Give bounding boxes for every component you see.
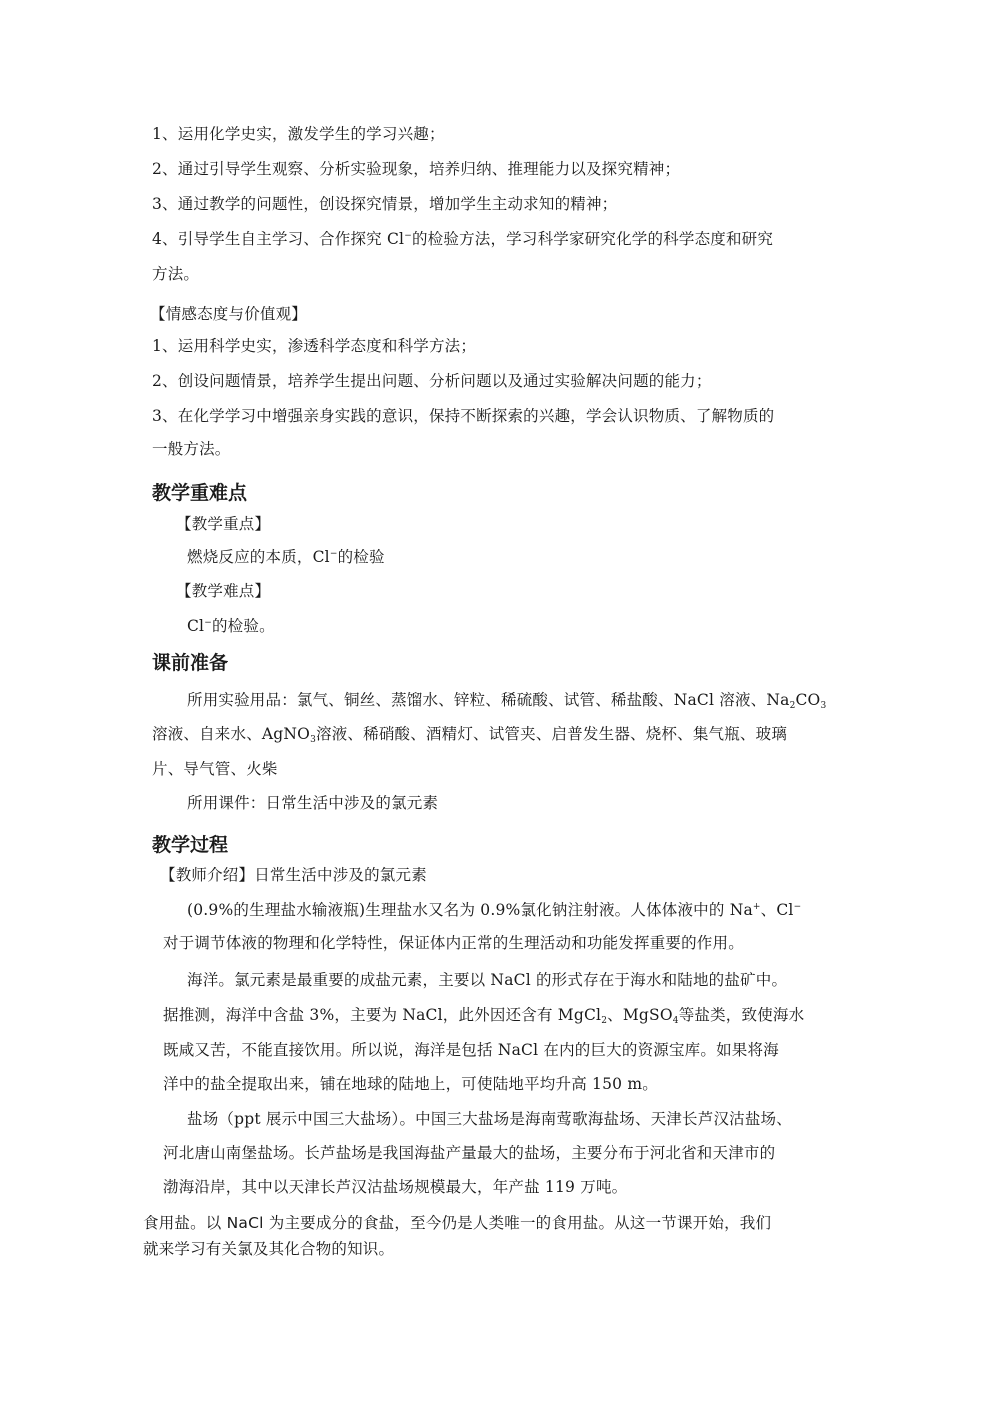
emotion-item-1: 1、运用科学史实，渗透科学态度和科学方法；: [152, 334, 476, 356]
courseware-line: 所用课件：日常生活中涉及的氯元素: [187, 791, 438, 813]
method-item-3: 3、通过教学的问题性，创设探究情景，增加学生主动求知的精神；: [152, 192, 617, 214]
para-2-line-3: 既咸又苦，不能直接饮用。所以说，海洋是包括 NaCl 在内的巨大的资源宝库。如果…: [163, 1038, 779, 1060]
materials-line-3: 片、导气管、火柴: [152, 757, 278, 779]
key-points-heading: 教学重难点: [152, 478, 247, 505]
document-page: 1、运用化学史实，激发学生的学习兴趣； 2、通过引导学生观察、分析实验现象，培养…: [0, 0, 1000, 1414]
para-4-line-2: 就来学习有关氯及其化合物的知识。: [143, 1237, 394, 1259]
preparation-heading: 课前准备: [152, 648, 228, 675]
method-item-2: 2、通过引导学生观察、分析实验现象，培养归纳、推理能力以及探究精神；: [152, 157, 680, 179]
para-3-line-1: 盐场（ppt 展示中国三大盐场）。中国三大盐场是海南莺歌海盐场、天津长芦汉沽盐场…: [187, 1107, 792, 1129]
para-1-line-2: 对于调节体液的物理和化学特性，保证体内正常的生理活动和功能发挥重要的作用。: [163, 931, 744, 953]
materials-line-1: 所用实验用品：氯气、铜丝、蒸馏水、锌粒、稀硫酸、试管、稀盐酸、NaCl 溶液、N…: [187, 688, 826, 711]
para-4-line-1: 食用盐。以 NaCl 为主要成分的食盐，至今仍是人类唯一的食用盐。从这一节课开始…: [143, 1211, 771, 1233]
emotion-item-2: 2、创设问题情景，培养学生提出问题、分析问题以及通过实验解决问题的能力；: [152, 369, 712, 391]
materials-line-2: 溶液、自来水、AgNO3溶液、稀硝酸、酒精灯、试管夹、启普发生器、烧杯、集气瓶、…: [152, 722, 787, 745]
teacher-intro-label: 【教师介绍】日常生活中涉及的氯元素: [160, 863, 427, 885]
process-heading: 教学过程: [152, 830, 228, 857]
para-3-line-2: 河北唐山南堡盐场。长芦盐场是我国海盐产量最大的盐场，主要分布于河北省和天津市的: [163, 1141, 775, 1163]
para-1-line-1: (0.9%的生理盐水输液瓶)生理盐水又名为 0.9%氯化钠注射液。人体体液中的 …: [187, 898, 801, 920]
difficulty-label: 【教学难点】: [176, 579, 270, 601]
difficulty-text: Cl−的检验。: [187, 614, 275, 636]
emotion-heading: 【情感态度与价值观】: [150, 302, 307, 324]
emotion-item-3-cont: 一般方法。: [152, 437, 231, 459]
method-item-4: 4、引导学生自主学习、合作探究 Cl−的检验方法，学习科学家研究化学的科学态度和…: [152, 227, 773, 249]
focus-label: 【教学重点】: [176, 512, 270, 534]
emotion-item-3: 3、在化学学习中增强亲身实践的意识，保持不断探索的兴趣，学会认识物质、了解物质的: [152, 404, 774, 426]
method-item-4-cont: 方法。: [152, 262, 199, 284]
para-2-line-1: 海洋。氯元素是最重要的成盐元素，主要以 NaCl 的形式存在于海水和陆地的盐矿中…: [187, 968, 787, 990]
method-item-1: 1、运用化学史实，激发学生的学习兴趣；: [152, 122, 445, 144]
para-3-line-3: 渤海沿岸，其中以天津长芦汉沽盐场规模最大，年产盐 119 万吨。: [163, 1175, 627, 1197]
focus-text: 燃烧反应的本质，Cl−的检验: [187, 545, 385, 567]
para-2-line-4: 洋中的盐全提取出来，铺在地球的陆地上，可使陆地平均升高 150 m。: [163, 1072, 658, 1094]
para-2-line-2: 据推测，海洋中含盐 3%，主要为 NaCl，此外因还含有 MgCl2、MgSO4…: [163, 1003, 804, 1026]
